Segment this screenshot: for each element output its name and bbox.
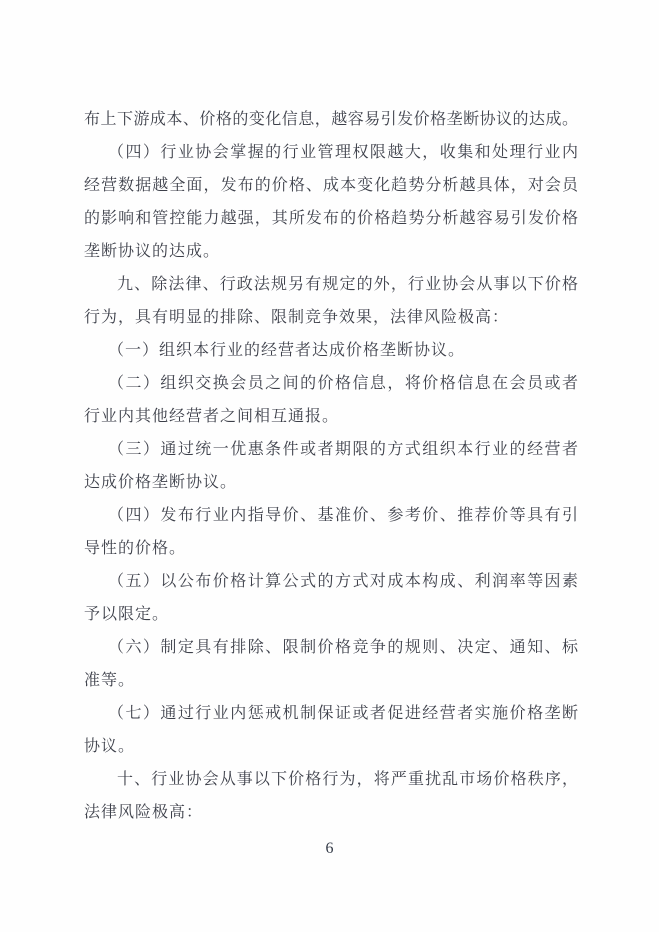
text-line: 达成价格垄断协议。 — [84, 466, 578, 499]
text-line: 导性的价格。 — [84, 532, 578, 565]
text-line: 布上下游成本、价格的变化信息，越容易引发价格垄断协议的达成。 — [84, 103, 578, 136]
document-body: 布上下游成本、价格的变化信息，越容易引发价格垄断协议的达成。 （四）行业协会掌握… — [84, 103, 578, 829]
text-line: 协议。 — [84, 730, 578, 763]
text-line: （七）通过行业内惩戒机制保证或者促进经营者实施价格垄断 — [84, 697, 578, 730]
text-line: （三）通过统一优惠条件或者期限的方式组织本行业的经营者 — [84, 433, 578, 466]
text-line: 经营数据越全面，发布的价格、成本变化趋势分析越具体，对会员 — [84, 169, 578, 202]
text-line: 的影响和管控能力越强，其所发布的价格趋势分析越容易引发价格 — [84, 202, 578, 235]
text-line: 十、行业协会从事以下价格行为，将严重扰乱市场价格秩序， — [84, 763, 578, 796]
text-line: 行业内其他经营者之间相互通报。 — [84, 400, 578, 433]
text-line: 垄断协议的达成。 — [84, 235, 578, 268]
text-line: （二）组织交换会员之间的价格信息，将价格信息在会员或者 — [84, 367, 578, 400]
text-line: 予以限定。 — [84, 598, 578, 631]
text-line: （五）以公布价格计算公式的方式对成本构成、利润率等因素 — [84, 565, 578, 598]
page-number: 6 — [0, 840, 659, 858]
document-page: 布上下游成本、价格的变化信息，越容易引发价格垄断协议的达成。 （四）行业协会掌握… — [0, 0, 659, 932]
text-line: 法律风险极高： — [84, 796, 578, 829]
text-line: 行为，具有明显的排除、限制竞争效果，法律风险极高： — [84, 301, 578, 334]
text-line: （六）制定具有排除、限制价格竞争的规则、决定、通知、标 — [84, 631, 578, 664]
text-line: （四）行业协会掌握的行业管理权限越大，收集和处理行业内 — [84, 136, 578, 169]
text-line: （一）组织本行业的经营者达成价格垄断协议。 — [84, 334, 578, 367]
text-line: 准等。 — [84, 664, 578, 697]
text-line: 九、除法律、行政法规另有规定的外，行业协会从事以下价格 — [84, 268, 578, 301]
text-line: （四）发布行业内指导价、基准价、参考价、推荐价等具有引 — [84, 499, 578, 532]
